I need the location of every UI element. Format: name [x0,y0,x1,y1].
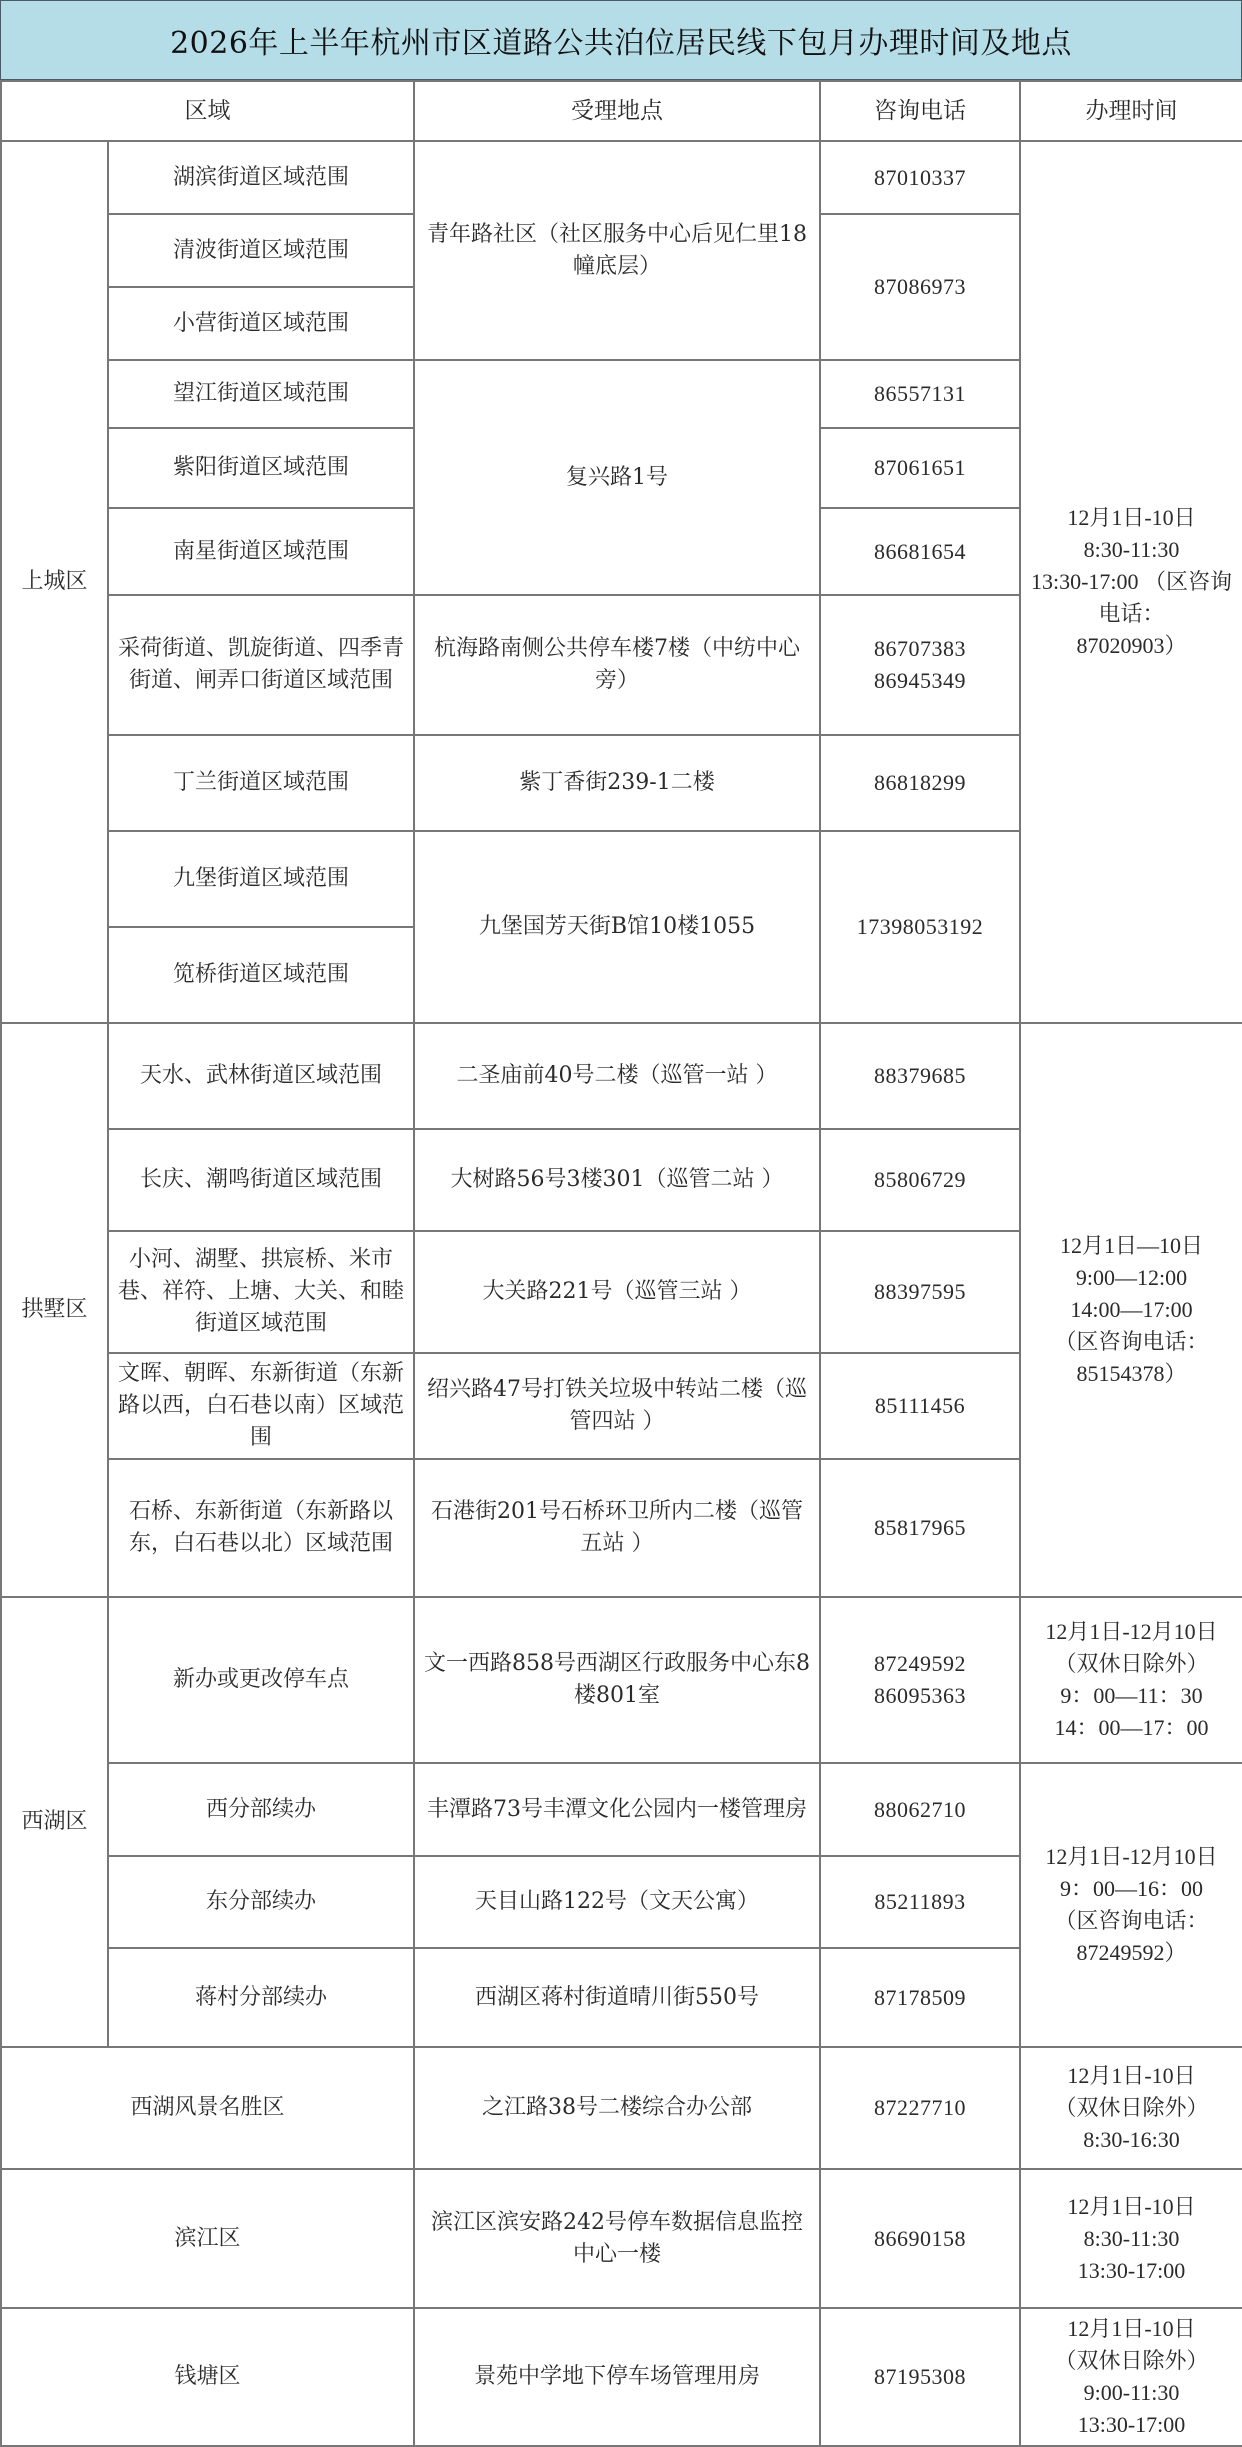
district-gongshu: 拱墅区 [1,1023,108,1597]
phone-cell: 85806729 [820,1129,1020,1231]
location-cell: 九堡国芳天街B馆10楼1055 [414,831,820,1023]
header-phone: 咨询电话 [820,81,1020,141]
phone-cell: 87061651 [820,428,1020,508]
area-cell: 蒋村分部续办 [108,1948,414,2047]
phone-cell: 87178509 [820,1948,1020,2047]
district-binjiang: 滨江区 [1,2169,414,2308]
location-cell: 紫丁香街239-1二楼 [414,735,820,831]
time-cell-shangcheng: 12月1日-10日 8:30-11:30 13:30-17:00 （区咨询电话：… [1020,141,1242,1023]
location-cell: 之江路38号二楼综合办公部 [414,2047,820,2169]
phone-cell: 88379685 [820,1023,1020,1129]
area-cell: 新办或更改停车点 [108,1597,414,1763]
location-cell: 天目山路122号（文天公寓） [414,1856,820,1948]
table-row: 上城区 湖滨街道区域范围 青年路社区（社区服务中心后见仁里18幢底层） 8701… [1,141,1242,214]
time-cell: 12月1日-10日 （双休日除外） 8:30-16:30 [1020,2047,1242,2169]
phone-cell: 87010337 [820,141,1020,214]
header-area: 区域 [1,81,414,141]
table-row: 钱塘区 景苑中学地下停车场管理用房 87195308 12月1日-10日 （双休… [1,2308,1242,2442]
time-cell: 12月1日-10日 （双休日除外） 9:00-11:30 13:30-17:00 [1020,2308,1242,2442]
area-cell: 望江街道区域范围 [108,360,414,428]
phone-cell: 87195308 [820,2308,1020,2442]
phone-cell: 87086973 [820,214,1020,360]
phone-cell: 85817965 [820,1459,1020,1597]
district-xihu: 西湖区 [1,1597,108,2047]
area-cell: 西分部续办 [108,1763,414,1856]
time-cell: 12月1日-10日 8:30-11:30 13:30-17:00 [1020,2169,1242,2308]
district-scenic-area: 西湖风景名胜区 [1,2047,414,2169]
time-cell-xihu-renewal: 12月1日-12月10日 9：00—16：00 （区咨询电话： 87249592… [1020,1763,1242,2047]
header-location: 受理地点 [414,81,820,141]
area-cell: 采荷街道、凯旋街道、四季青街道、闸弄口街道区域范围 [108,595,414,735]
district-shangcheng: 上城区 [1,141,108,1023]
phone-cell: 85211893 [820,1856,1020,1948]
phone-cell: 17398053192 [820,831,1020,1023]
page-title: 2026年上半年杭州市区道路公共泊位居民线下包月办理时间及地点 [0,0,1242,80]
area-cell: 文晖、朝晖、东新街道（东新路以西，白石巷以南）区域范围 [108,1353,414,1459]
table-row: 西分部续办 丰潭路73号丰潭文化公园内一楼管理房 88062710 12月1日-… [1,1763,1242,1856]
location-cell: 景苑中学地下停车场管理用房 [414,2308,820,2442]
phone-cell: 86707383 86945349 [820,595,1020,735]
phone-cell: 86681654 [820,508,1020,595]
table-row: 西湖风景名胜区 之江路38号二楼综合办公部 87227710 12月1日-10日… [1,2047,1242,2169]
area-cell: 清波街道区域范围 [108,214,414,287]
location-cell: 大树路56号3楼301（巡管二站 ） [414,1129,820,1231]
schedule-table: 区域 受理地点 咨询电话 办理时间 上城区 湖滨街道区域范围 青年路社区（社区服… [0,80,1242,2442]
area-cell: 长庆、潮鸣街道区域范围 [108,1129,414,1231]
area-cell: 紫阳街道区域范围 [108,428,414,508]
location-cell: 丰潭路73号丰潭文化公园内一楼管理房 [414,1763,820,1856]
phone-cell: 87227710 [820,2047,1020,2169]
phone-cell: 85111456 [820,1353,1020,1459]
location-cell: 西湖区蒋村街道晴川街550号 [414,1948,820,2047]
phone-cell: 88062710 [820,1763,1020,1856]
district-qiantang: 钱塘区 [1,2308,414,2442]
location-cell: 复兴路1号 [414,360,820,595]
table-row: 西湖区 新办或更改停车点 文一西路858号西湖区行政服务中心东8楼801室 87… [1,1597,1242,1763]
area-cell: 小河、湖墅、拱宸桥、米市巷、祥符、上塘、大关、和睦街道区域范围 [108,1231,414,1353]
area-cell: 丁兰街道区域范围 [108,735,414,831]
area-cell: 小营街道区域范围 [108,287,414,360]
phone-cell: 88397595 [820,1231,1020,1353]
phone-cell: 86690158 [820,2169,1020,2308]
area-cell: 南星街道区域范围 [108,508,414,595]
phone-cell: 86557131 [820,360,1020,428]
location-cell: 二圣庙前40号二楼（巡管一站 ） [414,1023,820,1129]
area-cell: 东分部续办 [108,1856,414,1948]
location-cell: 文一西路858号西湖区行政服务中心东8楼801室 [414,1597,820,1763]
area-cell: 天水、武林街道区域范围 [108,1023,414,1129]
area-cell: 九堡街道区域范围 [108,831,414,927]
location-cell: 青年路社区（社区服务中心后见仁里18幢底层） [414,141,820,360]
time-cell-gongshu: 12月1日—10日 9:00—12:00 14:00—17:00 （区咨询电话：… [1020,1023,1242,1597]
phone-cell: 87249592 86095363 [820,1597,1020,1763]
area-cell: 石桥、东新街道（东新路以东，白石巷以北）区域范围 [108,1459,414,1597]
location-cell: 大关路221号（巡管三站 ） [414,1231,820,1353]
header-time: 办理时间 [1020,81,1242,141]
phone-cell: 86818299 [820,735,1020,831]
header-row: 区域 受理地点 咨询电话 办理时间 [1,81,1242,141]
table-row: 滨江区 滨江区滨安路242号停车数据信息监控中心一楼 86690158 12月1… [1,2169,1242,2308]
area-cell: 湖滨街道区域范围 [108,141,414,214]
time-cell-xihu-new: 12月1日-12月10日 （双休日除外） 9：00—11：30 14：00—17… [1020,1597,1242,1763]
table-row: 拱墅区 天水、武林街道区域范围 二圣庙前40号二楼（巡管一站 ） 8837968… [1,1023,1242,1129]
location-cell: 滨江区滨安路242号停车数据信息监控中心一楼 [414,2169,820,2308]
location-cell: 杭海路南侧公共停车楼7楼（中纺中心旁） [414,595,820,735]
location-cell: 石港街201号石桥环卫所内二楼（巡管五站 ） [414,1459,820,1597]
location-cell: 绍兴路47号打铁关垃圾中转站二楼（巡管四站 ） [414,1353,820,1459]
area-cell: 笕桥街道区域范围 [108,927,414,1023]
